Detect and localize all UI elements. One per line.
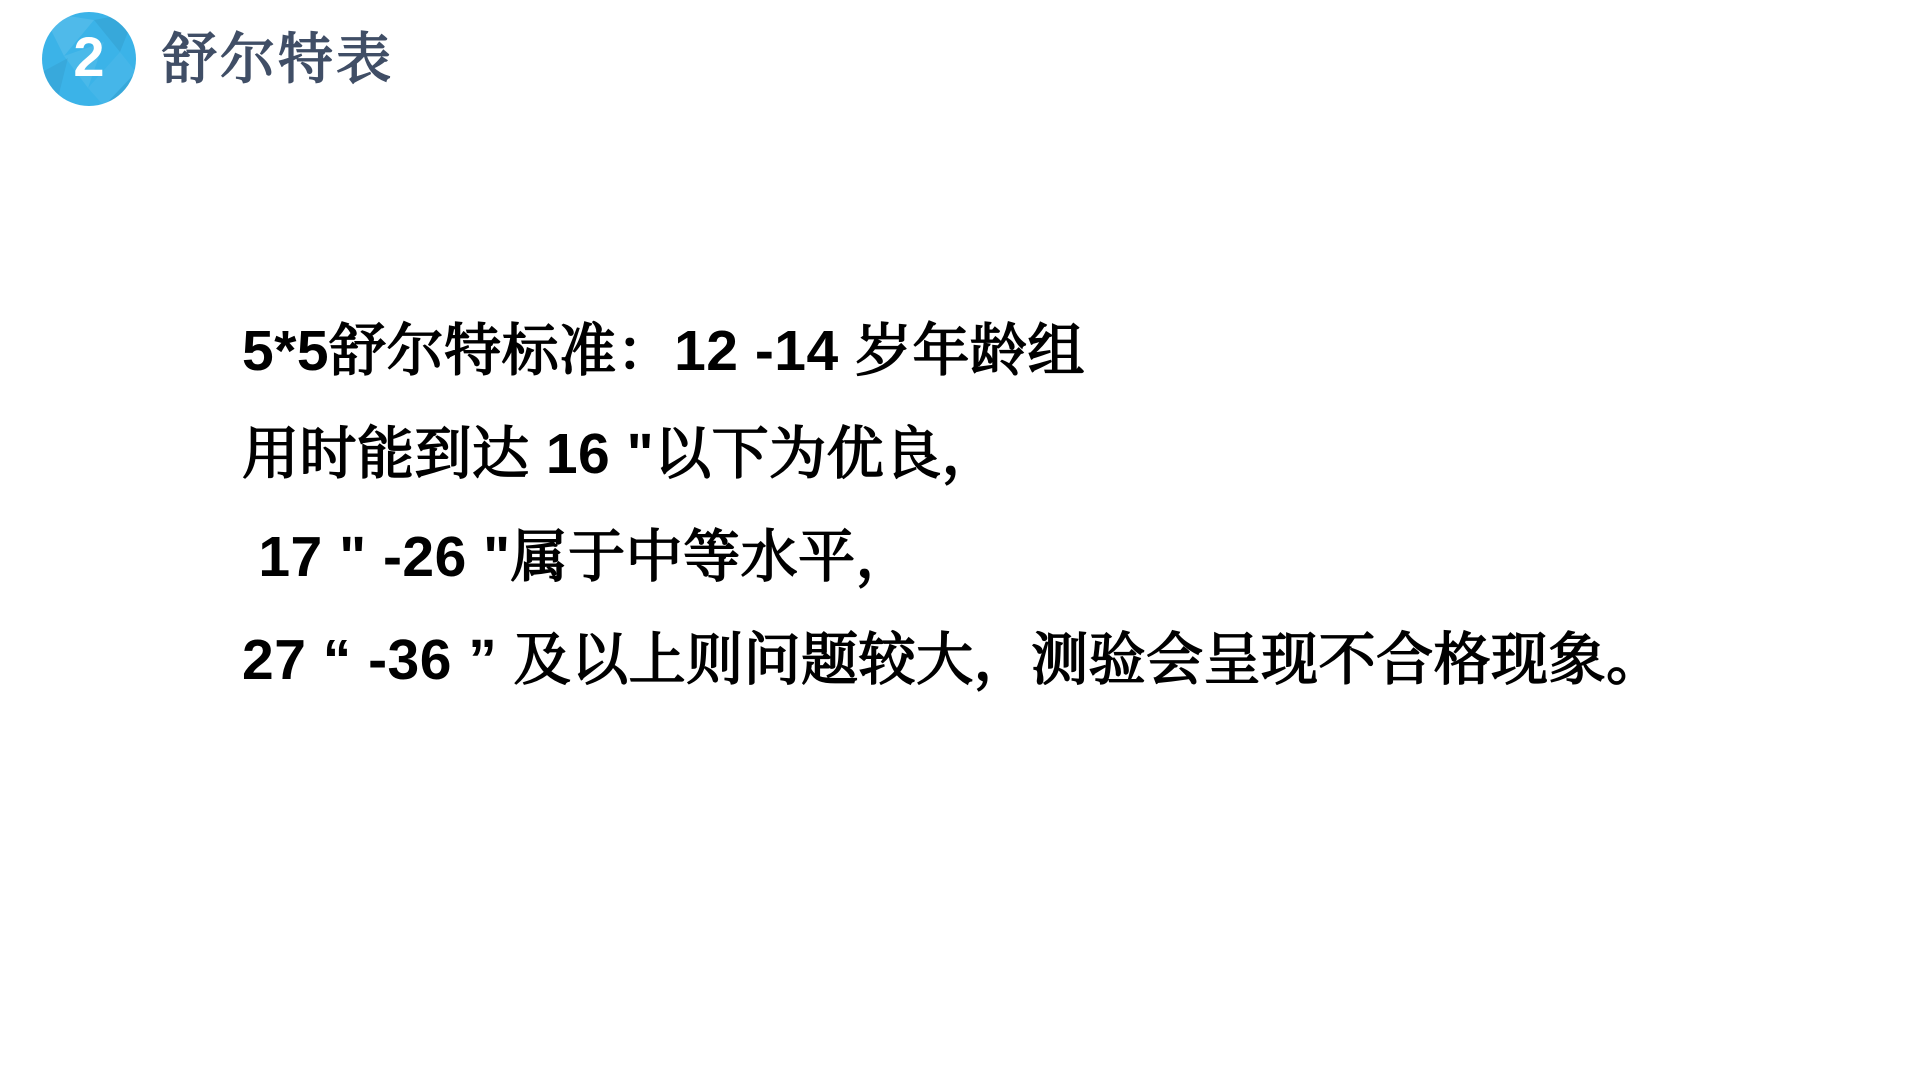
body-line-2: 用时能到达 16 "以下为优良， (242, 403, 1802, 506)
section-number: 2 (42, 12, 136, 106)
body-line-3: 17 " -26 "属于中等水平， (242, 506, 1802, 609)
presentation-slide: 2 舒尔特表 5*5舒尔特标准：12 -14 岁年龄组 用时能到达 16 "以下… (0, 0, 1920, 1080)
section-number-badge: 2 (42, 12, 136, 106)
body-line-4: 27 “ -36 ” 及以上则问题较大，测验会呈现不合格现象。 (242, 609, 1802, 712)
page-title: 舒尔特表 (162, 32, 394, 87)
slide-header: 2 舒尔特表 (42, 12, 394, 106)
body-line-1: 5*5舒尔特标准：12 -14 岁年龄组 (242, 300, 1802, 403)
slide-body: 5*5舒尔特标准：12 -14 岁年龄组 用时能到达 16 "以下为优良， 17… (242, 300, 1802, 712)
